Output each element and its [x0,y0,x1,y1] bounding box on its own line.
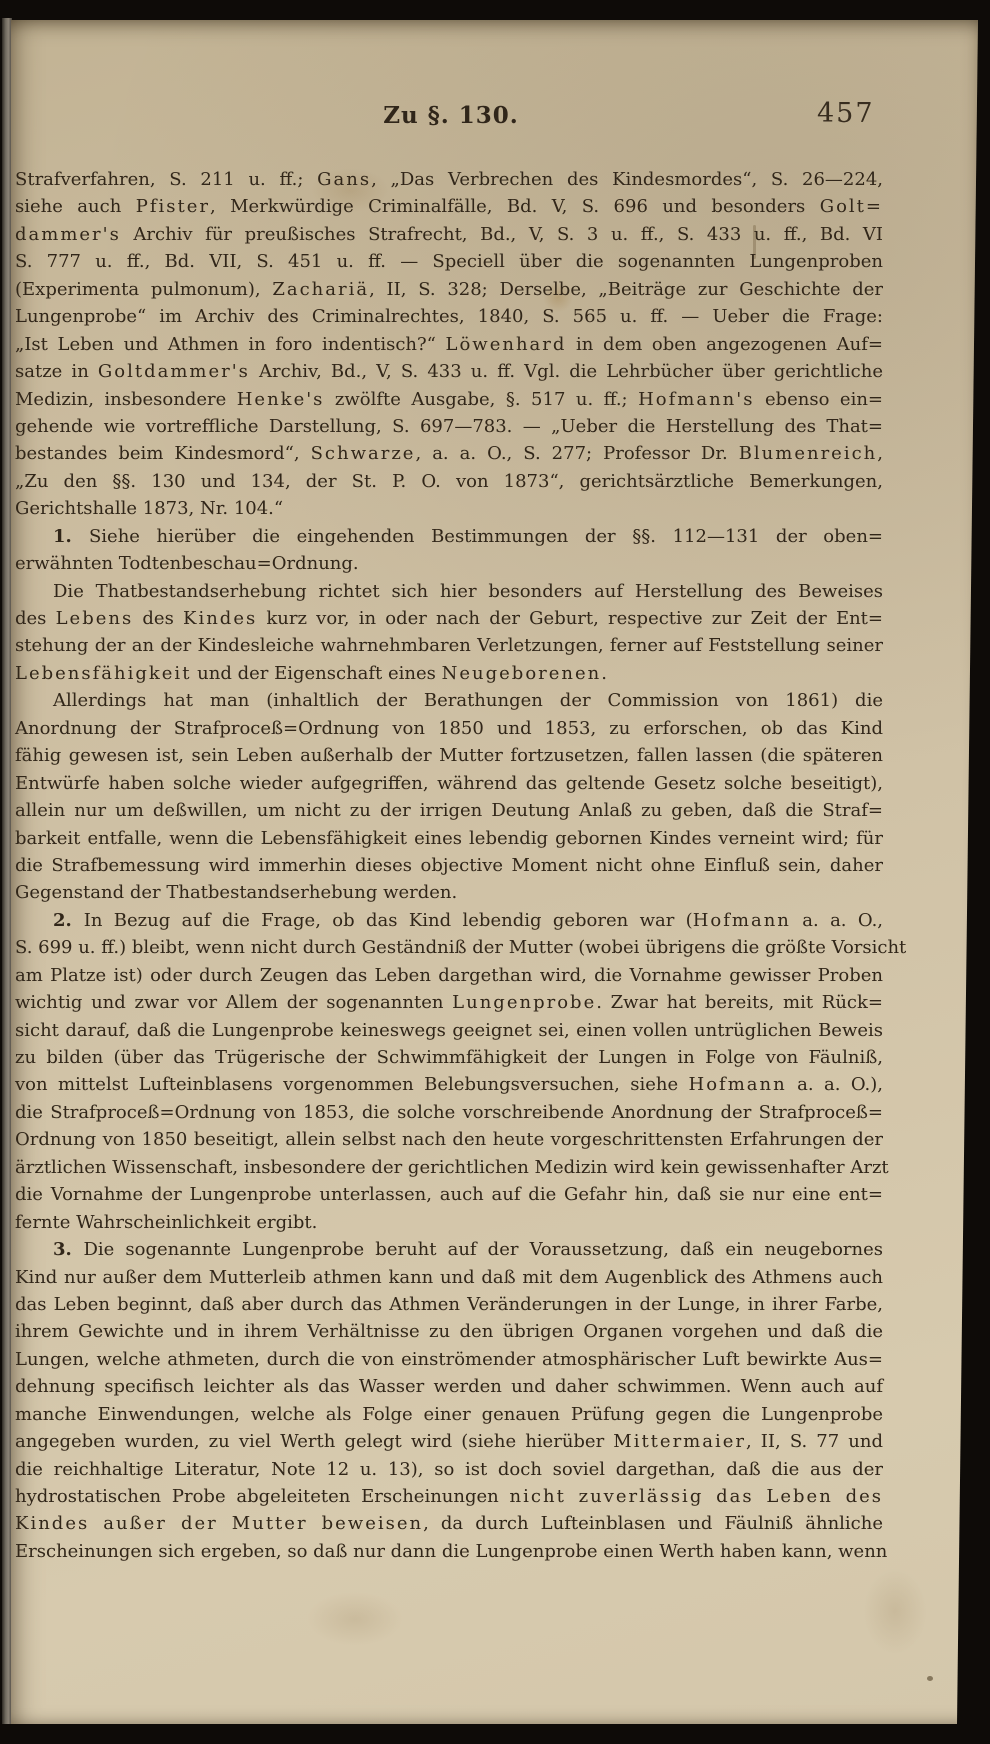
text-segment: die reichhaltige Literatur, Note 12 u. 1… [15,1459,883,1480]
text-line: wichtig und zwar vor Allem der sogenannt… [15,989,883,1016]
text-line: manche Einwendungen, welche als Folge ei… [15,1401,883,1428]
book-gutter-edge [2,18,12,1724]
text-segment: erwähnten Todtenbeschau=Ordnung. [15,553,359,574]
text-segment: Anordnung der Strafproceß=Ordnung von 18… [15,718,883,739]
text-line: stehung der an der Kindesleiche wahrnehm… [15,632,883,659]
text-segment: ebenso ein= [754,389,883,410]
emphasized-text: Mittermaier [613,1431,746,1452]
text-segment: S. 699 u. ff.) bleibt, wenn nicht durch … [15,937,906,958]
text-segment: des [15,608,56,629]
text-line: allein nur um deßwillen, um nicht zu der… [15,797,883,824]
text-line: Anordnung der Strafproceß=Ordnung von 18… [15,715,883,742]
emphasized-text: Neugeborenen [442,663,602,684]
text-segment: In Bezug auf die Frage, ob das Kind lebe… [84,910,693,931]
text-segment: Strafverfahren, S. 211 u. ff.; [15,169,317,190]
emphasized-text: Kindes [183,608,257,629]
text-segment: dehnung specifisch leichter als das Wass… [15,1376,883,1397]
text-line: Die Thatbestandserhebung richtet sich hi… [15,578,883,605]
text-segment: zu bilden (über das Trügerische der Schw… [15,1047,883,1068]
text-line: 2. In Bezug auf die Frage, ob das Kind l… [15,907,883,934]
text-line: S. 777 u. ff., Bd. VII, S. 451 u. ff. — … [15,248,883,275]
text-line: Kindes außer der Mutter beweisen, da dur… [15,1510,883,1537]
text-line: Medizin, insbesondere Henke's zwölfte Au… [15,386,883,413]
emphasized-text: Golt= [820,196,883,217]
text-line: bestandes beim Kindesmord“, Schwarze, a.… [15,440,883,467]
text-line: angegeben wurden, zu viel Werth gelegt w… [15,1428,883,1455]
page-number: 457 [817,98,897,129]
text-segment: Erscheinungen sich ergeben, so daß nur d… [15,1541,887,1562]
text-segment: 1. [53,526,89,547]
text-segment: . [601,663,607,684]
text-segment: siehe auch [15,196,136,217]
text-line: sicht darauf, daß die Lungenprobe keines… [15,1017,883,1044]
text-segment: Die sogenannte Lungenprobe beruht auf de… [83,1239,883,1260]
text-segment: stehung der an der Kindesleiche wahrnehm… [15,635,883,656]
text-line: fernte Wahrscheinlichkeit ergibt. [15,1209,883,1236]
text-segment: von mittelst Lufteinblasens vorgenommen … [15,1074,689,1095]
emphasized-text: Zachariä [272,279,369,300]
text-segment: fähig gewesen ist, sein Leben außerhalb … [15,745,883,766]
text-segment: in dem oben angezogenen Auf= [566,334,883,355]
text-segment: manche Einwendungen, welche als Folge ei… [15,1404,883,1425]
text-line: „Ist Leben und Athmen in foro indentisch… [15,331,883,358]
text-segment: sicht darauf, daß die Lungenprobe keines… [15,1020,883,1041]
emphasized-text: Gans [317,169,371,190]
emphasized-text: Lungenprobe [452,992,596,1013]
text-line: Lungen, welche athmeten, durch die von e… [15,1346,883,1373]
emphasized-text: Pfister [136,196,210,217]
text-segment: allein nur um deßwillen, um nicht zu der… [15,800,883,821]
text-segment: a. a. O., [791,910,883,931]
text-line: siehe auch Pfister, Merkwürdige Criminal… [15,193,883,220]
text-segment: , II, S. 328; Derselbe, „Beiträge zur Ge… [369,279,883,300]
emphasized-text: Hofmann [689,1074,787,1095]
text-segment: die Strafproceß=Ordnung von 1853, die so… [15,1102,883,1123]
emphasized-text: Lebens [56,608,134,629]
text-segment: bestandes beim Kindesmord“, [15,443,311,464]
emphasized-text: Goltdammer's [98,361,250,382]
text-line: Strafverfahren, S. 211 u. ff.; Gans, „Da… [15,166,883,193]
text-line: 3. Die sogenannte Lungenprobe beruht auf… [15,1236,883,1263]
text-line: satze in Goltdammer's Archiv, Bd., V, S.… [15,358,883,385]
text-segment: die Vornahme der Lungenprobe unterlassen… [15,1184,883,1205]
text-segment: Ordnung von 1850 beseitigt, allein selbs… [15,1129,883,1150]
text-segment: 2. [53,910,84,931]
emphasized-text: Blumenreich [739,443,878,464]
text-segment: gehende wie vortreffliche Darstellung, S… [15,416,883,437]
scan-border: Zu §. 130. 457 Strafverfahren, S. 211 u.… [0,0,990,1744]
text-segment: angegeben wurden, zu viel Werth gelegt w… [15,1431,613,1452]
paragraph-note-1: 1. Siehe hierüber die eingehenden Bestim… [15,523,883,578]
text-line: (Experimenta pulmonum), Zachariä, II, S.… [15,276,883,303]
text-line: barkeit entfalle, wenn die Lebensfähigke… [15,825,883,852]
text-line: das Leben beginnt, daß aber durch das At… [15,1291,883,1318]
text-segment: Allerdings hat man (inhaltlich der Berat… [53,690,883,711]
text-line: die Strafproceß=Ordnung von 1853, die so… [15,1099,883,1126]
paper-stain [863,1568,927,1654]
text-segment: Gegenstand der Thatbestandserhebung werd… [15,882,457,903]
text-line: Lungenprobe“ im Archiv des Criminalrecht… [15,303,883,330]
emphasized-text: Schwarze [311,443,416,464]
text-line: Allerdings hat man (inhaltlich der Berat… [15,687,883,714]
text-line: die reichhaltige Literatur, Note 12 u. 1… [15,1456,883,1483]
text-line: fähig gewesen ist, sein Leben außerhalb … [15,742,883,769]
text-segment: fernte Wahrscheinlichkeit ergibt. [15,1212,317,1233]
text-line: von mittelst Lufteinblasens vorgenommen … [15,1071,883,1098]
text-line: dehnung specifisch leichter als das Wass… [15,1373,883,1400]
text-segment: zwölfte Ausgabe, §. 517 u. ff.; [324,389,638,410]
text-segment: und der Eigenschaft eines [191,663,441,684]
text-segment: Lungenprobe“ im Archiv des Criminalrecht… [15,306,883,327]
paragraph-note-3: 3. Die sogenannte Lungenprobe beruht auf… [15,1236,883,1565]
text-line: „Zu den §§. 130 und 134, der St. P. O. v… [15,468,883,495]
text-segment: barkeit entfalle, wenn die Lebensfähigke… [15,828,883,849]
text-segment: , da durch Lufteinblasen und Fäulniß ähn… [423,1513,883,1534]
text-segment: 3. [53,1239,83,1260]
text-segment: hydrostatischen Probe abgeleiteten Ersch… [15,1486,510,1507]
text-segment: am Platze ist) oder durch Zeugen das Leb… [15,965,883,986]
text-line: am Platze ist) oder durch Zeugen das Leb… [15,962,883,989]
emphasized-text: Kindes außer der Mutter beweisen [15,1513,423,1534]
text-segment: Siehe hierüber die eingehenden Bestimmun… [89,526,883,547]
text-segment: Lungen, welche athmeten, durch die von e… [15,1349,883,1370]
text-segment: kurz vor, in oder nach der Geburt, respe… [257,608,883,629]
book-page: Zu §. 130. 457 Strafverfahren, S. 211 u.… [11,20,980,1724]
text-segment: Entwürfe haben solche wieder aufgegriffe… [15,773,883,794]
emphasized-text: Henke's [237,389,325,410]
text-segment: , „Das Verbrechen des Kindesmordes“, S. … [371,169,883,190]
emphasized-text: Löwenhard [446,334,567,355]
text-segment: die Strafbemessung wird immerhin dieses … [15,855,883,876]
text-line: Erscheinungen sich ergeben, so daß nur d… [15,1538,883,1565]
paper-speck [927,1676,933,1681]
text-segment: ihrem Gewichte und in ihrem Verhältnisse… [15,1321,883,1342]
text-block: Strafverfahren, S. 211 u. ff.; Gans, „Da… [15,166,883,1565]
paragraph-note-2: 2. In Bezug auf die Frage, ob das Kind l… [15,907,883,1236]
text-segment: a. a. O.), [787,1074,883,1095]
text-line: Ordnung von 1850 beseitigt, allein selbs… [15,1126,883,1153]
text-line: Gegenstand der Thatbestandserhebung werd… [15,879,883,906]
text-line: 1. Siehe hierüber die eingehenden Bestim… [15,523,883,550]
text-line: Entwürfe haben solche wieder aufgegriffe… [15,770,883,797]
text-line: Gerichtshalle 1873, Nr. 104.“ [15,495,883,522]
paper-stain [307,1592,403,1646]
text-segment: . Zwar hat bereits, mit Rück= [596,992,883,1013]
emphasized-text: Hofmann's [638,389,754,410]
text-segment: „Zu den §§. 130 und 134, der St. P. O. v… [15,471,883,492]
text-line: gehende wie vortreffliche Darstellung, S… [15,413,883,440]
text-line: Kind nur außer dem Mutterleib athmen kan… [15,1264,883,1291]
text-segment: , a. a. O., S. 277; Professor Dr. [415,443,738,464]
text-line: dammer's Archiv für preußisches Strafrec… [15,221,883,248]
paragraph-note-1-continuation: Die Thatbestandserhebung richtet sich hi… [15,578,883,688]
text-segment: Medizin, insbesondere [15,389,237,410]
text-segment: Kind nur außer dem Mutterleib athmen kan… [15,1267,883,1288]
paragraph-bibliography-note: Strafverfahren, S. 211 u. ff.; Gans, „Da… [15,166,883,523]
emphasized-text: Lebensfähigkeit [15,663,191,684]
paragraph-note-1-commission: Allerdings hat man (inhaltlich der Berat… [15,687,883,907]
text-line: ärztlichen Wissenschaft, insbesondere de… [15,1154,883,1181]
text-segment: das Leben beginnt, daß aber durch das At… [15,1294,883,1315]
text-line: Lebensfähigkeit und der Eigenschaft eine… [15,660,883,687]
emphasized-text: nicht zuverlässig das Leben des [510,1486,883,1507]
text-segment: , II, S. 77 und [746,1431,883,1452]
text-segment: S. 777 u. ff., Bd. VII, S. 451 u. ff. — … [15,251,883,272]
text-segment: Gerichtshalle 1873, Nr. 104.“ [15,498,283,519]
text-segment: Archiv für preußisches Strafrecht, Bd., … [121,224,883,245]
section-heading: Zu §. 130. [11,102,891,129]
text-segment: Die Thatbestandserhebung richtet sich hi… [53,581,883,602]
text-line: zu bilden (über das Trügerische der Schw… [15,1044,883,1071]
text-line: die Strafbemessung wird immerhin dieses … [15,852,883,879]
text-line: S. 699 u. ff.) bleibt, wenn nicht durch … [15,934,883,961]
text-segment: des [133,608,183,629]
text-segment: , Merkwürdige Criminalfälle, Bd. V, S. 6… [210,196,820,217]
emphasized-text: dammer's [15,224,121,245]
text-line: des Lebens des Kindes kurz vor, in oder … [15,605,883,632]
text-segment: (Experimenta pulmonum), [15,279,272,300]
text-line: erwähnten Todtenbeschau=Ordnung. [15,550,883,577]
text-line: hydrostatischen Probe abgeleiteten Ersch… [15,1483,883,1510]
emphasized-text: Hofmann [693,910,791,931]
text-line: ihrem Gewichte und in ihrem Verhältnisse… [15,1318,883,1345]
text-segment: „Ist Leben und Athmen in foro indentisch… [15,334,446,355]
text-segment: wichtig und zwar vor Allem der sogenannt… [15,992,452,1013]
text-line: die Vornahme der Lungenprobe unterlassen… [15,1181,883,1208]
text-segment: satze in [15,361,98,382]
text-segment: ärztlichen Wissenschaft, insbesondere de… [15,1157,889,1178]
text-segment: Archiv, Bd., V, S. 433 u. ff. Vgl. die L… [250,361,883,382]
text-segment: , [877,443,883,464]
